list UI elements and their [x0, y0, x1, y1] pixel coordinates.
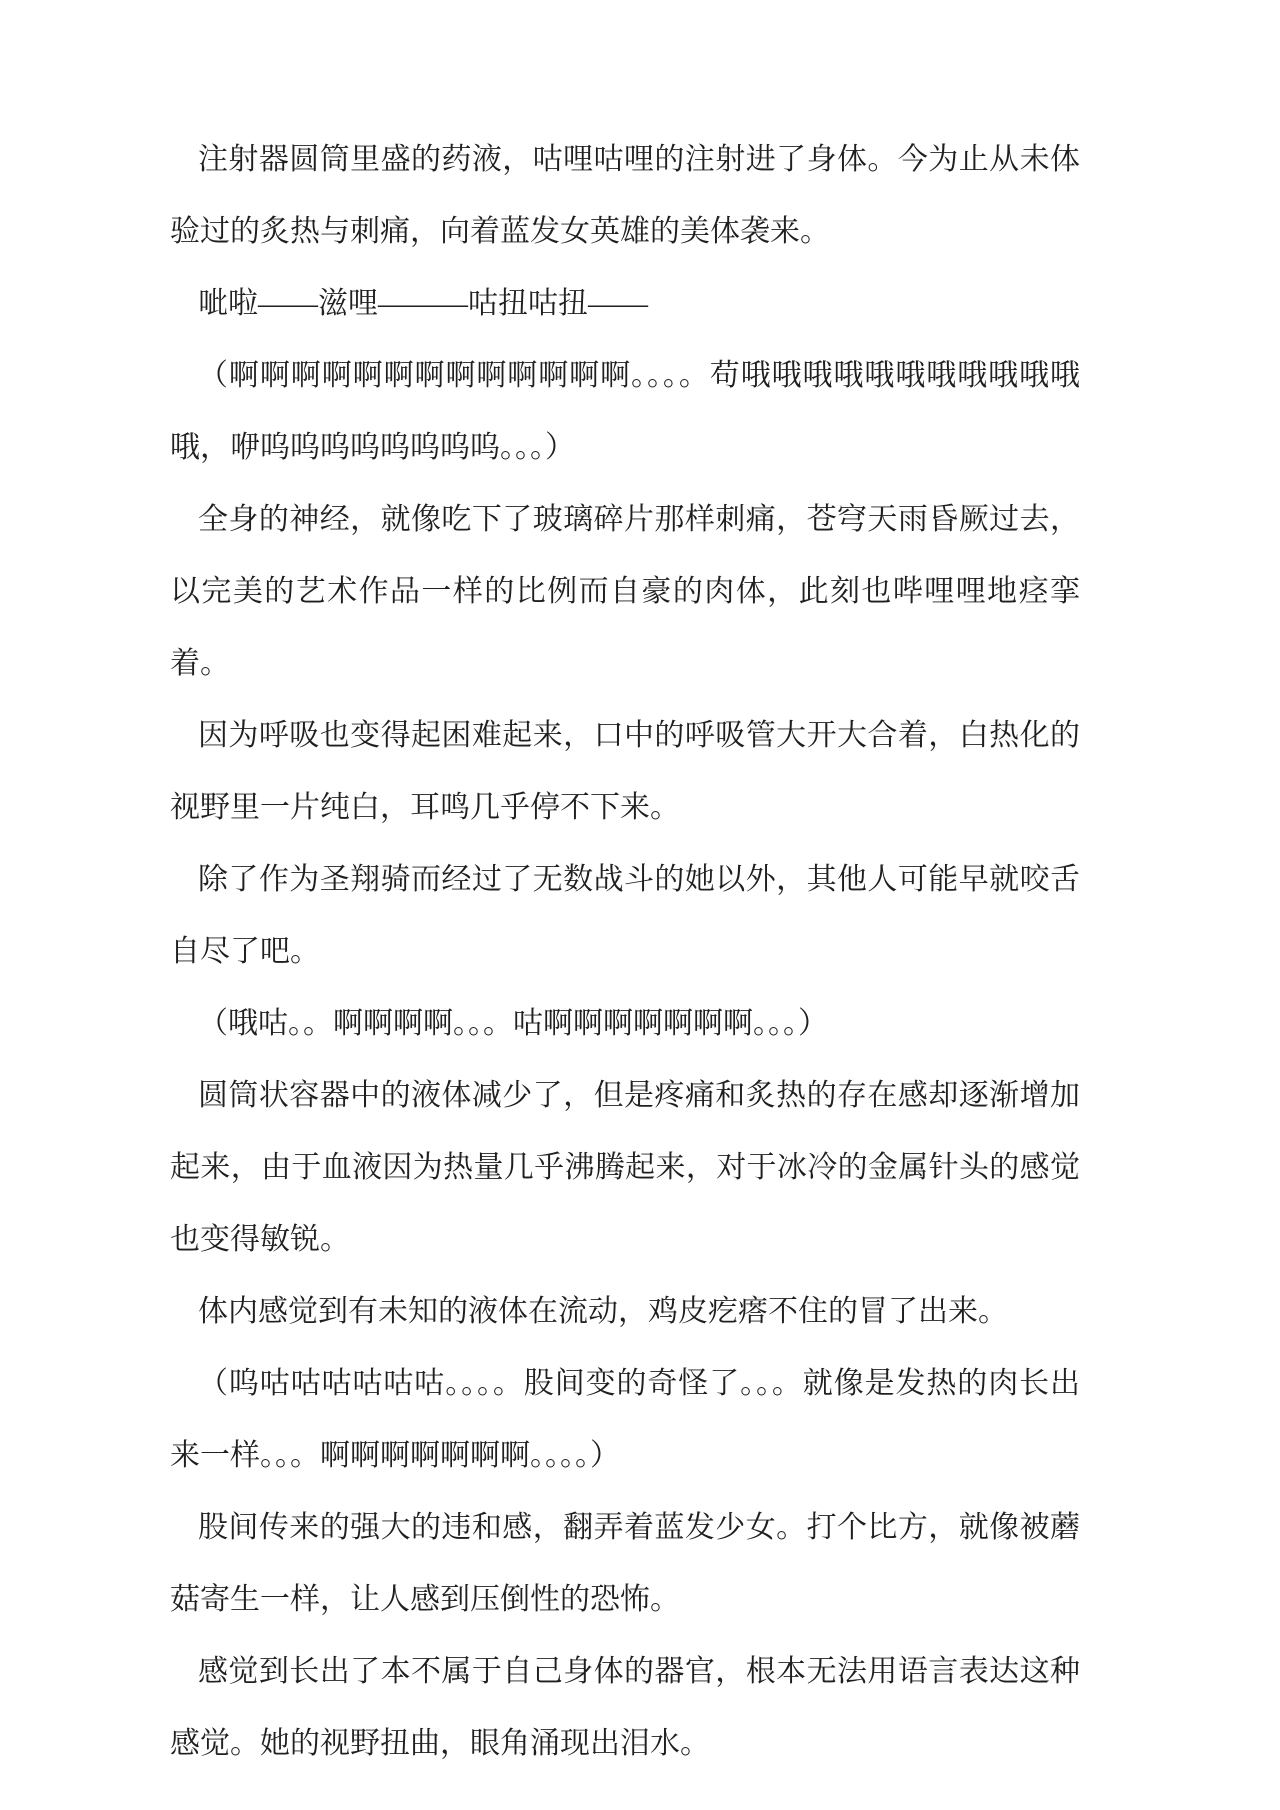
paragraph: 呲啦——滋哩———咕扭咕扭—— [170, 268, 1080, 340]
paragraph: 注射器圆筒里盛的药液，咕哩咕哩的注射进了身体。今为止从未体验过的炙热与刺痛，向着… [170, 124, 1080, 268]
paragraph: 因为呼吸也变得起困难起来，口中的呼吸管大开大合着，白热化的视野里一片纯白，耳鸣几… [170, 700, 1080, 844]
paragraph: 除了作为圣翔骑而经过了无数战斗的她以外，其他人可能早就咬舌自尽了吧。 [170, 844, 1080, 988]
text-block: 注射器圆筒里盛的药液，咕哩咕哩的注射进了身体。今为止从未体验过的炙热与刺痛，向着… [170, 124, 1080, 1780]
paragraph: 体内感觉到有未知的液体在流动，鸡皮疙瘩不住的冒了出来。 [170, 1276, 1080, 1348]
paragraph: 圆筒状容器中的液体减少了，但是疼痛和炙热的存在感却逐渐增加起来，由于血液因为热量… [170, 1060, 1080, 1276]
paragraph: 感觉到长出了本不属于自己身体的器官，根本无法用语言表达这种感觉。她的视野扭曲，眼… [170, 1636, 1080, 1780]
document-page: 注射器圆筒里盛的药液，咕哩咕哩的注射进了身体。今为止从未体验过的炙热与刺痛，向着… [0, 0, 1280, 1810]
paragraph: 全身的神经，就像吃下了玻璃碎片那样刺痛，苍穹天雨昏厥过去，以完美的艺术作品一样的… [170, 484, 1080, 700]
paragraph: 股间传来的强大的违和感，翻弄着蓝发少女。打个比方，就像被蘑菇寄生一样，让人感到压… [170, 1492, 1080, 1636]
paragraph: （啊啊啊啊啊啊啊啊啊啊啊啊啊。。。。苟哦哦哦哦哦哦哦哦哦哦哦哦，咿呜呜呜呜呜呜呜… [170, 340, 1080, 484]
paragraph: （呜咕咕咕咕咕咕。。。。股间变的奇怪了。。。就像是发热的肉长出来一样。。。啊啊啊… [170, 1348, 1080, 1492]
paragraph: （哦咕。。啊啊啊啊。。。咕啊啊啊啊啊啊啊。。。） [170, 988, 1080, 1060]
